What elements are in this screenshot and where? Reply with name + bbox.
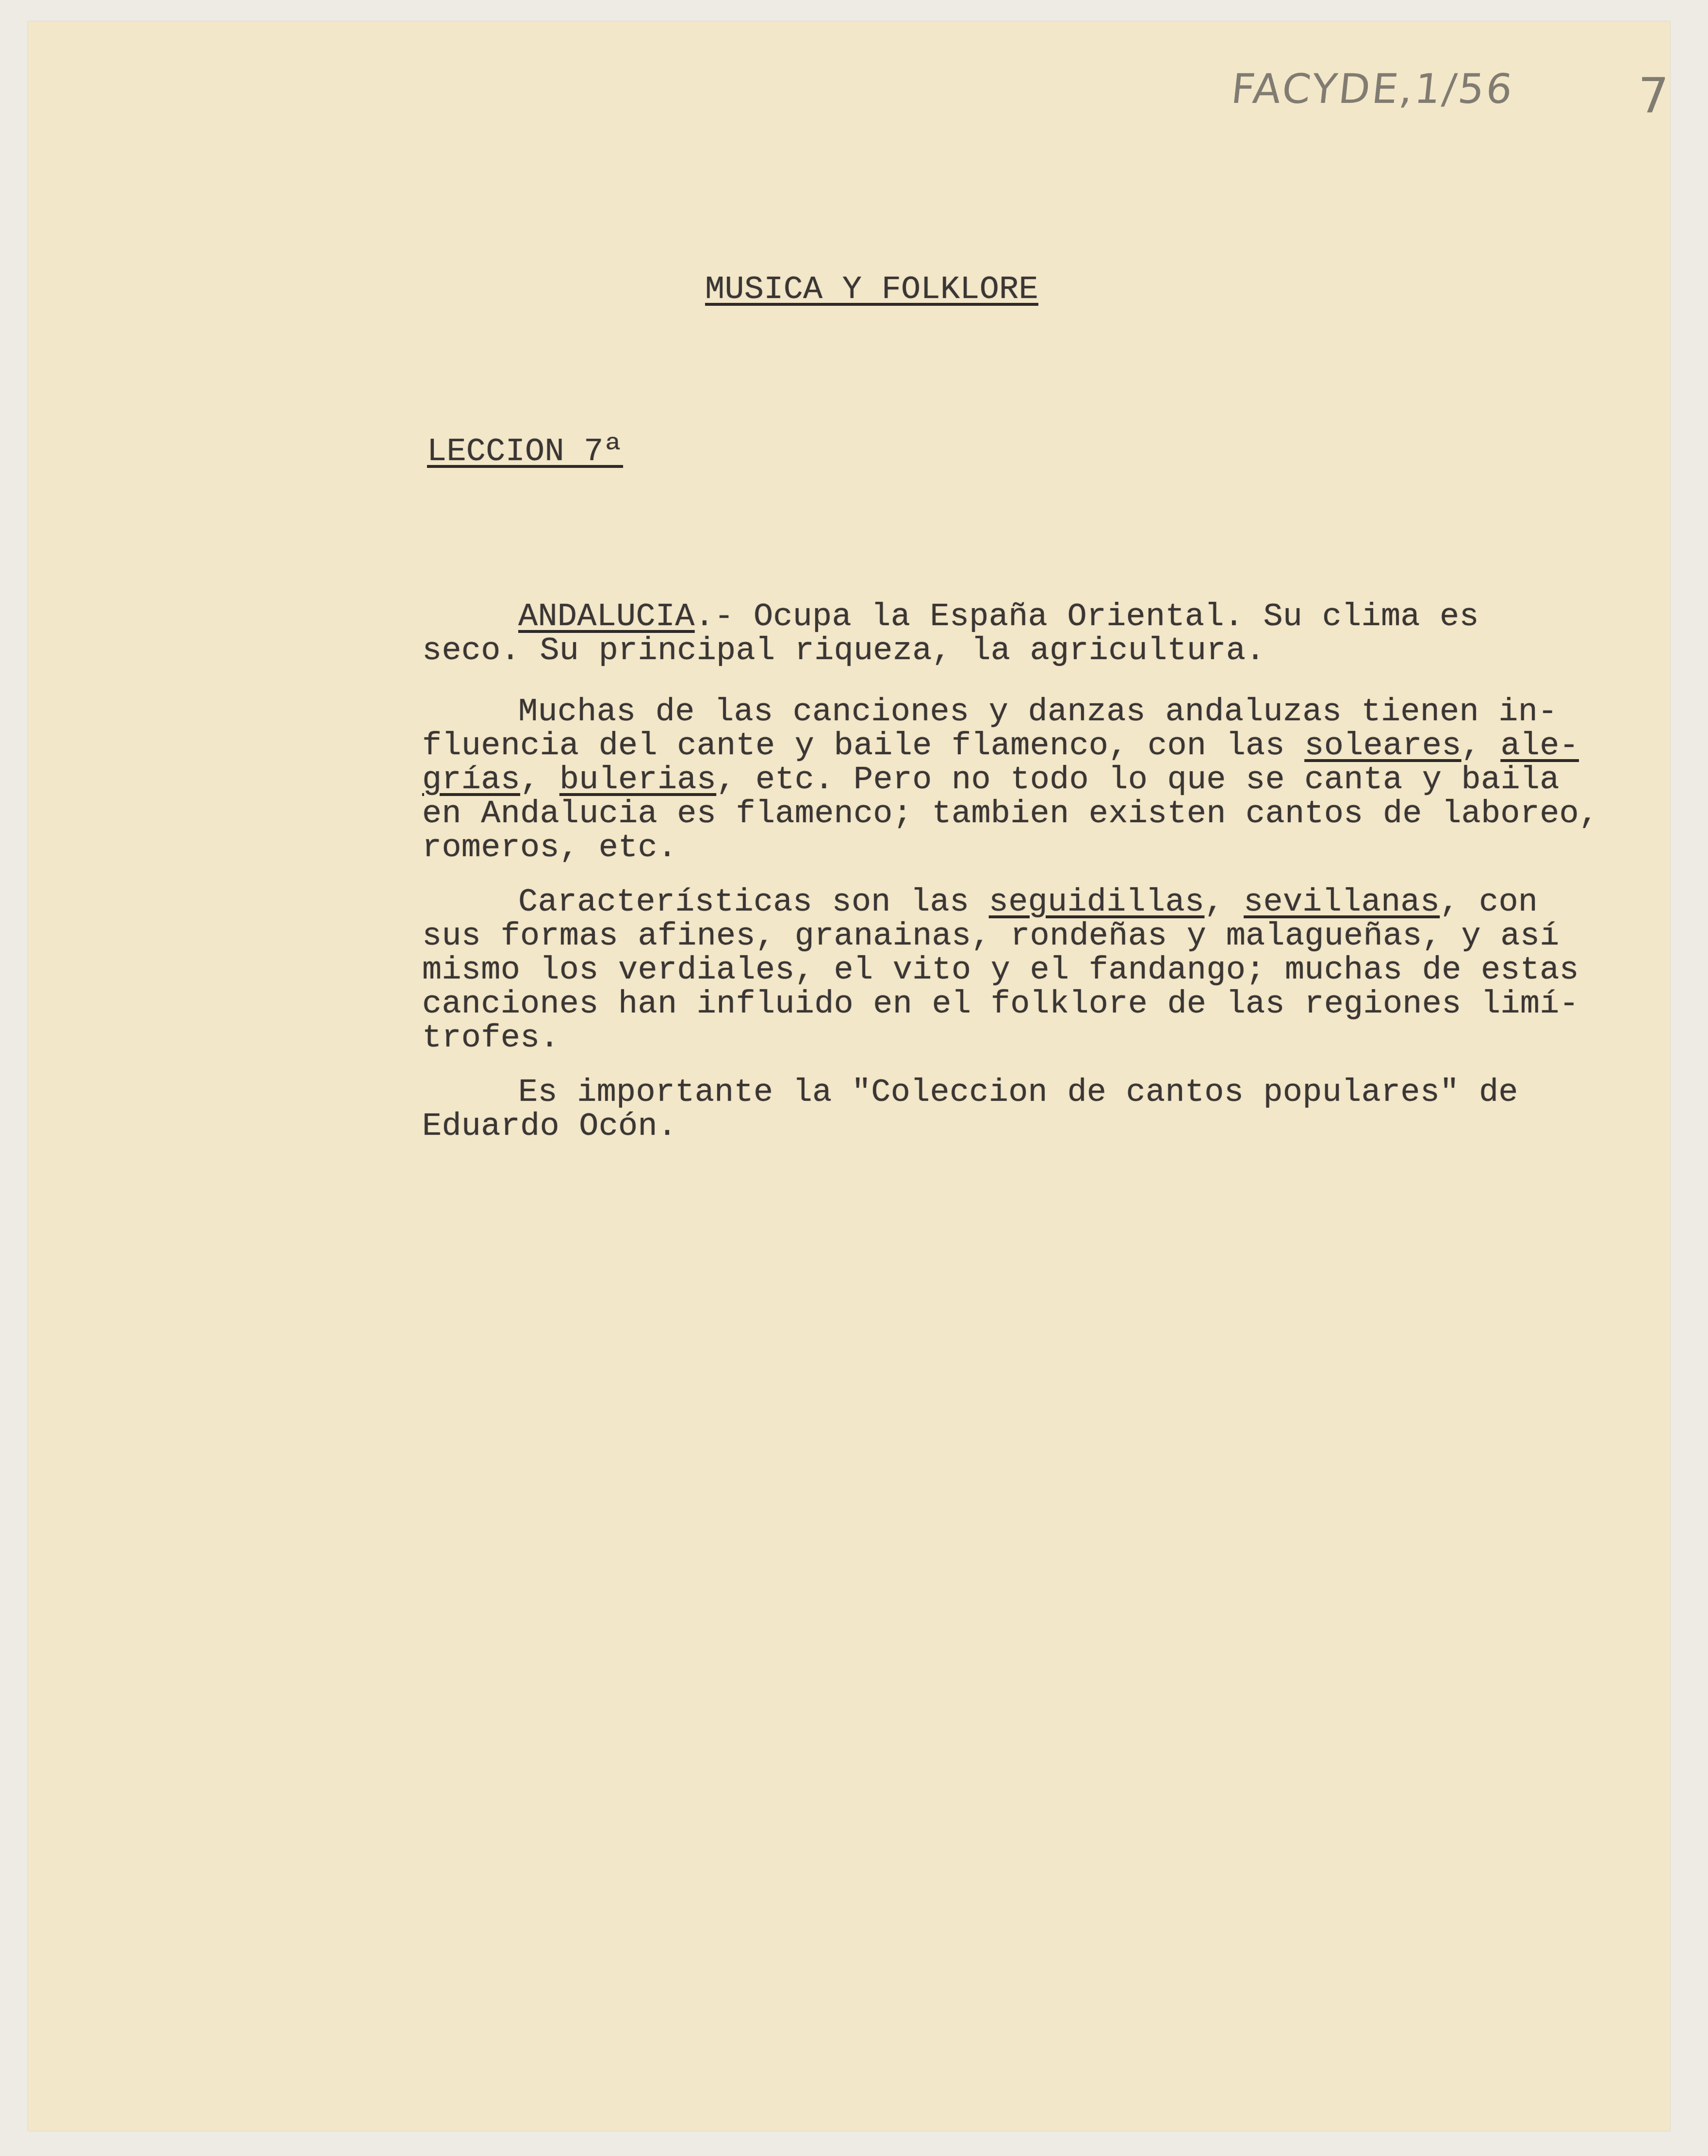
underlined-term: soleares xyxy=(1304,728,1461,764)
text-line: Eduardo Ocón. xyxy=(422,1110,1518,1144)
text-segment: trofes. xyxy=(422,1020,559,1057)
text-line: fluencia del cante y baile flamenco, con… xyxy=(422,729,1598,763)
text-segment: Características son las xyxy=(518,884,989,921)
paragraph-flamenco: Muchas de las canciones y danzas andaluz… xyxy=(422,695,1598,865)
underlined-term: ale- xyxy=(1500,728,1579,764)
text-segment: , con xyxy=(1440,884,1538,921)
text-line: Muchas de las canciones y danzas andaluz… xyxy=(422,695,1598,729)
text-segment: seco. Su principal riqueza, la agricultu… xyxy=(422,632,1265,669)
text-segment: mismo los verdiales, el vito y el fandan… xyxy=(422,952,1579,989)
text-segment: en Andalucia es flamenco; tambien existe… xyxy=(422,796,1598,832)
text-segment: canciones han influido en el folklore de… xyxy=(422,986,1579,1023)
text-line: ANDALUCIA.- Ocupa la España Oriental. Su… xyxy=(422,600,1479,634)
text-line: mismo los verdiales, el vito y el fandan… xyxy=(422,953,1579,987)
text-segment: , xyxy=(520,762,559,798)
paragraph-caracteristicas: Características son las seguidillas, sev… xyxy=(422,885,1579,1055)
text-segment: fluencia del cante y baile flamenco, con… xyxy=(422,728,1304,764)
underlined-term: bulerias xyxy=(559,762,716,798)
page-number-annotation: 7 xyxy=(1638,67,1671,124)
text-line: Características son las seguidillas, sev… xyxy=(422,885,1579,919)
text-line: trofes. xyxy=(422,1021,1579,1055)
text-segment: Muchas de las canciones y danzas andaluz… xyxy=(518,694,1558,730)
paragraph-coleccion: Es importante la "Coleccion de cantos po… xyxy=(422,1076,1518,1144)
text-line: seco. Su principal riqueza, la agricultu… xyxy=(422,634,1479,668)
text-line: grías, bulerias, etc. Pero no todo lo qu… xyxy=(422,763,1598,797)
underlined-term: ANDALUCIA xyxy=(518,598,695,635)
text-segment: sus formas afines, granainas, rondeñas y… xyxy=(422,918,1560,955)
document-title: MUSICA Y FOLKLORE xyxy=(705,273,1038,307)
text-segment: , etc. Pero no todo lo que se canta y ba… xyxy=(716,762,1559,798)
underlined-term: grías xyxy=(422,762,520,798)
underlined-term: sevillanas xyxy=(1244,884,1440,921)
text-segment: romeros, etc. xyxy=(422,829,677,866)
text-line: canciones han influido en el folklore de… xyxy=(422,987,1579,1021)
text-segment: Es importante la "Coleccion de cantos po… xyxy=(518,1074,1518,1111)
paragraph-andalucia: ANDALUCIA.- Ocupa la España Oriental. Su… xyxy=(422,600,1479,668)
text-line: sus formas afines, granainas, rondeñas y… xyxy=(422,919,1579,953)
text-line: romeros, etc. xyxy=(422,831,1598,865)
document-page: FACYDE,1/56 7 MUSICA Y FOLKLORE LECCION … xyxy=(28,21,1670,2131)
text-segment: , xyxy=(1204,884,1244,921)
text-segment: .- Ocupa la España Oriental. Su clima es xyxy=(695,598,1479,635)
text-segment: Eduardo Ocón. xyxy=(422,1108,677,1145)
text-segment: , xyxy=(1462,728,1501,764)
underlined-term: seguidillas xyxy=(989,884,1204,921)
lesson-heading: LECCION 7ª xyxy=(427,435,623,469)
text-line: Es importante la "Coleccion de cantos po… xyxy=(422,1076,1518,1110)
archive-reference-annotation: FACYDE,1/56 xyxy=(1229,65,1516,113)
text-line: en Andalucia es flamenco; tambien existe… xyxy=(422,797,1598,831)
